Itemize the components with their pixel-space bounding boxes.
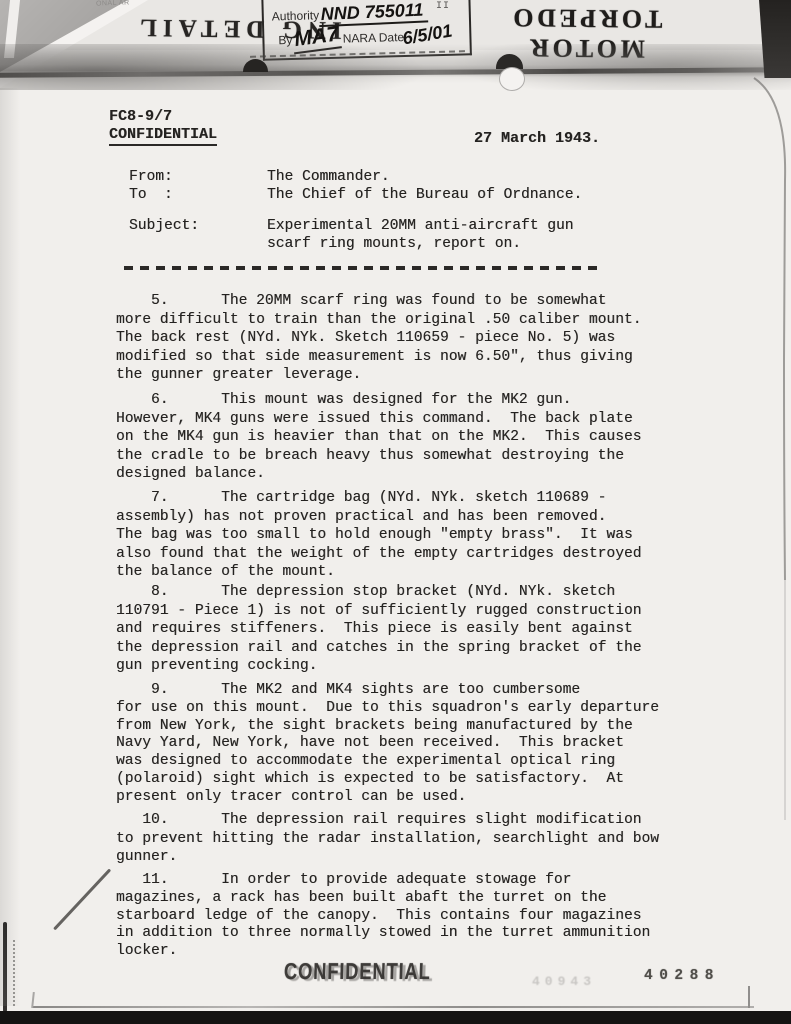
paragraph-10: 10. The depression rail requires slight … [116, 811, 659, 867]
scanned-document-page: ONAL AR ING DETAIL MOTOR TORPEDO II Auth… [0, 0, 791, 1024]
document-date: 27 March 1943. [474, 130, 600, 147]
separator-dashed-line [124, 266, 602, 270]
page-bottom-edge [32, 1006, 754, 1008]
paragraph-7: 7. The cartridge bag (NYd. NYk. sketch 1… [116, 489, 641, 582]
confidential-stamp-text: CONFIDENTIAL [284, 958, 431, 985]
paragraph-8: 8. The depression stop bracket (NYd. NYk… [116, 583, 641, 676]
subject-label: Subject: [129, 218, 199, 234]
scan-smudge-band [0, 44, 791, 90]
authority-label: Authority [272, 8, 320, 23]
page-corner-right [748, 986, 750, 1008]
bottom-scan-bar [0, 1011, 791, 1024]
classification-heading: CONFIDENTIAL [109, 126, 217, 146]
to-value: The Chief of the Bureau of Ordnance. [267, 187, 582, 203]
confidential-stamp: CONFIDENTIAL CONFIDENTIAL [284, 958, 474, 992]
from-label: From: [129, 169, 173, 185]
from-value: The Commander. [267, 169, 390, 185]
faint-serial-number: 40943 [532, 974, 596, 989]
to-label: To : [129, 187, 173, 203]
paragraph-5: 5. The 20MM scarf ring was found to be s… [116, 292, 641, 385]
archives-microtext: ONAL AR [96, 0, 130, 8]
pencil-mark [53, 868, 111, 930]
serial-number: 40288 [644, 968, 720, 984]
file-reference: FC8-9/7 [109, 108, 172, 125]
punch-hole-right-lower [499, 67, 525, 91]
paragraph-9: 9. The MK2 and MK4 sights are too cumber… [116, 682, 659, 807]
page-edge-curve [740, 60, 791, 840]
left-edge-shading [0, 88, 20, 1006]
subject-value-line1: Experimental 20MM anti-aircraft gun [267, 218, 574, 234]
paragraph-11: 11. In order to provide adequate stowage… [116, 872, 650, 961]
paragraph-6: 6. This mount was designed for the MK2 g… [116, 391, 641, 484]
subject-value-line2: scarf ring mounts, report on. [267, 236, 521, 252]
